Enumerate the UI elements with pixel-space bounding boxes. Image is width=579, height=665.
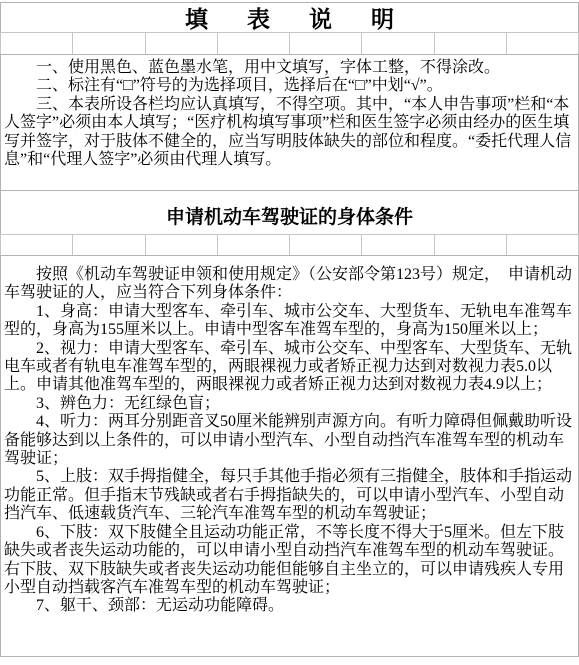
conditions-box: 按照《机动车驾驶证申领和使用规定》（公安部令第123号）规定， 申请机动车驾驶证… [0, 255, 579, 657]
empty-cell [218, 235, 290, 255]
empty-cell [507, 33, 578, 54]
empty-cell [435, 235, 507, 255]
form-title: 填 表 说 明 [0, 2, 579, 33]
condition-item-torso-neck: 7、躯干、颈部：无运动功能障碍。 [4, 597, 575, 615]
separator-grid-row [0, 32, 579, 55]
form-instructions-document: 填 表 说 明 一、使用黑色、蓝色墨水笔，用中文填写，字体工整，不得涂改。 二、… [0, 0, 579, 665]
empty-cell [146, 33, 218, 54]
condition-item-hearing: 4、听力：两耳分别距音叉50厘米能辨别声源方向。有听力障碍但佩戴助听设备能够达到… [4, 413, 575, 468]
empty-cell [146, 235, 218, 255]
condition-item-color-vision: 3、辨色力：无红绿色盲； [4, 395, 575, 413]
instruction-paragraph-3: 三、本表所设各栏均应认真填写，不得空项。其中，“本人申告事项”栏和“本人签字”必… [4, 96, 575, 170]
empty-cell [1, 33, 73, 54]
empty-cell [507, 235, 578, 255]
condition-item-height: 1、身高：申请大型客车、牵引车、城市公交车、大型货车、无轨电车准驾车型的，身高为… [4, 303, 575, 340]
instructions-box: 一、使用黑色、蓝色墨水笔，用中文填写，字体工整，不得涂改。 二、标注有“□”符号… [0, 54, 579, 191]
section-title: 申请机动车驾驶证的身体条件 [0, 190, 579, 235]
separator-grid-row [0, 234, 579, 256]
empty-cell [73, 33, 145, 54]
condition-item-lower-limbs: 6、下肢：双下肢健全且运动功能正常，不等长度不得大于5厘米。但左下肢缺失或者丧失… [4, 524, 575, 598]
empty-cell [1, 235, 73, 255]
empty-cell [73, 235, 145, 255]
condition-item-upper-limbs: 5、上肢：双手拇指健全，每只手其他手指必须有三指健全，肢体和手指运动功能正常。但… [4, 468, 575, 523]
empty-cell [435, 33, 507, 54]
empty-cell [362, 33, 434, 54]
instruction-paragraph-1: 一、使用黑色、蓝色墨水笔，用中文填写，字体工整，不得涂改。 [4, 59, 575, 77]
condition-item-vision: 2、视力：申请大型客车、牵引车、城市公交车、中型客车、大型货车、无轨电车或者有轨… [4, 340, 575, 395]
instruction-paragraph-2: 二、标注有“□”符号的为选择项目，选择后在“□”中划“√”。 [4, 77, 575, 95]
empty-cell [290, 235, 362, 255]
empty-cell [290, 33, 362, 54]
empty-cell [362, 235, 434, 255]
conditions-intro: 按照《机动车驾驶证申领和使用规定》（公安部令第123号）规定， 申请机动车驾驶证… [4, 266, 575, 303]
empty-cell [218, 33, 290, 54]
